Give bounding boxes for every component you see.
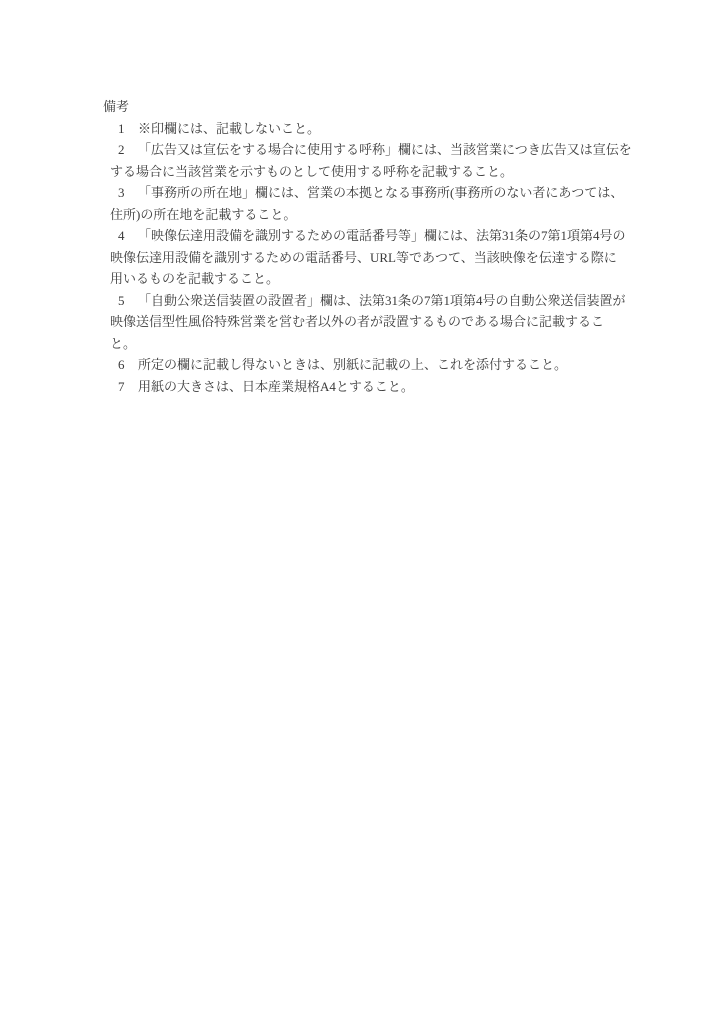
remark-item-7: 7 用紙の大きさは、日本産業規格A4とすること。 <box>103 376 666 398</box>
remark-item-4: 4 「映像伝達用設備を識別するための電話番号等」欄には、法第31条の7第1項第4… <box>103 225 666 290</box>
item-number: 5 <box>118 290 138 312</box>
remark-line: 所定の欄に記載し得ないときは、別紙に記載の上、これを添付すること。 <box>138 354 567 376</box>
remarks-heading: 備考 <box>103 96 666 118</box>
remark-line: 用紙の大きさは、日本産業規格A4とすること。 <box>138 376 414 398</box>
remark-line: 用いるものを記載すること。 <box>110 268 666 290</box>
remarks-section: 備考 1 ※印欄には、記載しないこと。 2 「広告又は宣伝をする場合に使用する呼… <box>0 0 724 397</box>
remark-line: する場合に当該営業を示すものとして使用する呼称を記載すること。 <box>110 161 666 183</box>
document-page: 備考 1 ※印欄には、記載しないこと。 2 「広告又は宣伝をする場合に使用する呼… <box>0 0 724 1024</box>
item-number: 3 <box>118 182 138 204</box>
item-number: 6 <box>118 354 138 376</box>
item-number: 2 <box>118 139 138 161</box>
remark-line: 映像送信型性風俗特殊営業を営む者以外の者が設置するものである場合に記載するこ <box>110 311 666 333</box>
item-number: 4 <box>118 225 138 247</box>
remark-line: 「事務所の所在地」欄には、営業の本拠となる事務所(事務所のない者にあつては、 <box>138 182 623 204</box>
remark-line: と。 <box>110 333 666 355</box>
remark-line: 「自動公衆送信装置の設置者」欄は、法第31条の7第1項第4号の自動公衆送信装置が <box>138 290 626 312</box>
remark-line: 「広告又は宣伝をする場合に使用する呼称」欄には、当該営業につき広告又は宣伝を <box>138 139 632 161</box>
remark-line: ※印欄には、記載しないこと。 <box>138 118 320 140</box>
remark-line: 映像伝達用設備を識別するための電話番号、URL等であつて、当該映像を伝達する際に <box>110 247 666 269</box>
remark-item-6: 6 所定の欄に記載し得ないときは、別紙に記載の上、これを添付すること。 <box>103 354 666 376</box>
remark-line: 「映像伝達用設備を識別するための電話番号等」欄には、法第31条の7第1項第4号の <box>138 225 626 247</box>
remark-item-5: 5 「自動公衆送信装置の設置者」欄は、法第31条の7第1項第4号の自動公衆送信装… <box>103 290 666 355</box>
remark-item-1: 1 ※印欄には、記載しないこと。 <box>103 118 666 140</box>
item-number: 1 <box>118 118 138 140</box>
remark-line: 住所)の所在地を記載すること。 <box>110 204 666 226</box>
remark-item-3: 3 「事務所の所在地」欄には、営業の本拠となる事務所(事務所のない者にあつては、… <box>103 182 666 225</box>
item-number: 7 <box>118 376 138 398</box>
remark-item-2: 2 「広告又は宣伝をする場合に使用する呼称」欄には、当該営業につき広告又は宣伝を… <box>103 139 666 182</box>
